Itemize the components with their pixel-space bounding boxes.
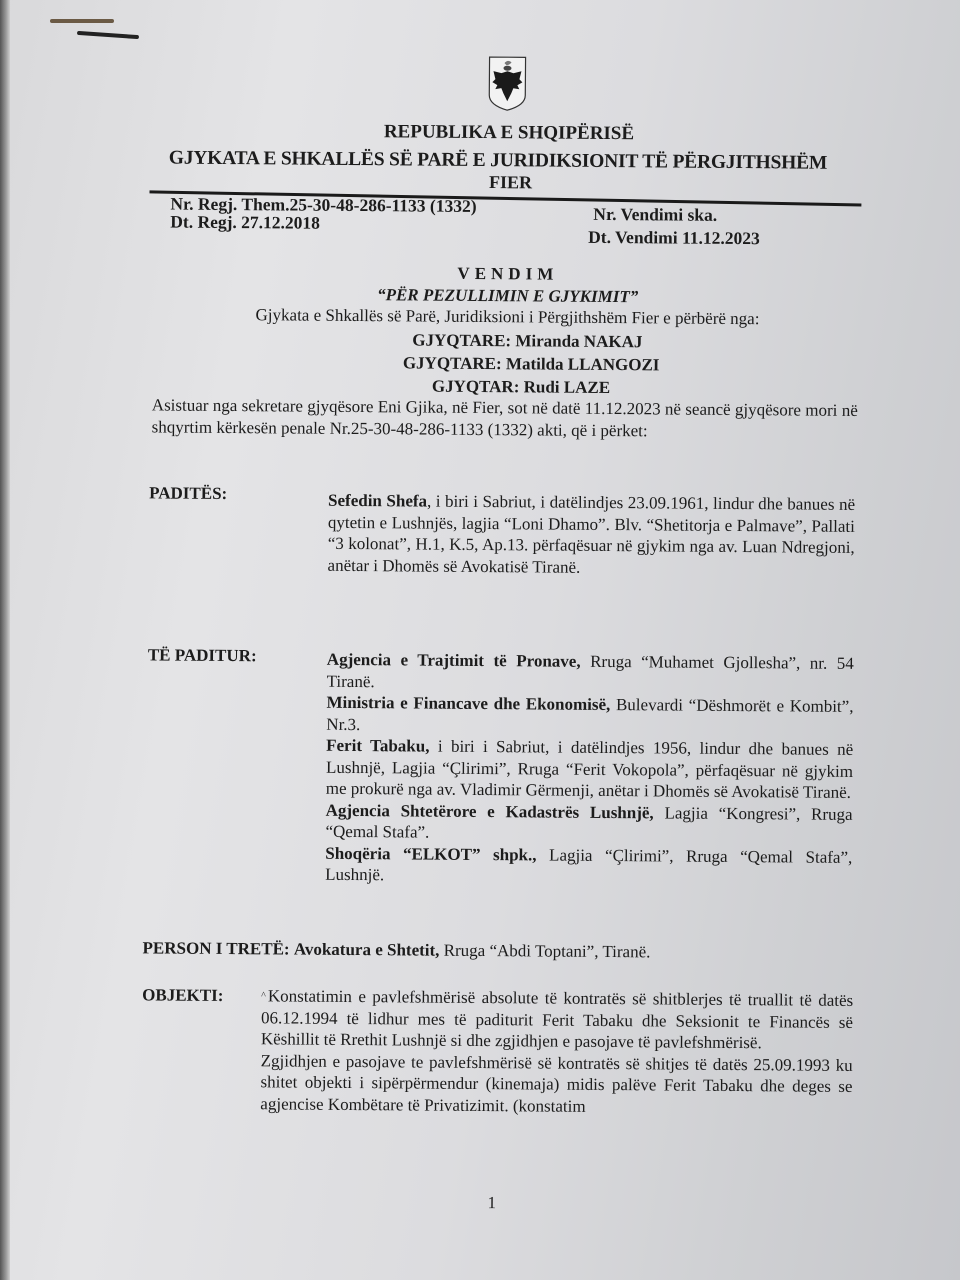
decision-number: Nr. Vendimi ska. bbox=[593, 204, 717, 226]
list-item: Agjencia e Trajtimit të Pronave, Rruga “… bbox=[327, 649, 854, 696]
third-party-label: PERSON I TRETË: bbox=[142, 938, 289, 958]
object-paragraph: ^Konstatimin e pavlefshmërisë absolute t… bbox=[261, 985, 853, 1054]
defendant-name: Agjencia e Trajtimit të Pronave, bbox=[327, 650, 581, 671]
plaintiff-name: Sefedin Shefa bbox=[328, 491, 427, 511]
albanian-eagle-emblem-icon bbox=[487, 55, 527, 111]
list-item: Agjencia Shtetërore e Kadastrës Lushnjë,… bbox=[325, 799, 852, 846]
defendant-name: Ministria e Financave dhe Ekonomisë, bbox=[326, 693, 610, 714]
defendant-name: Agjencia Shtetërore e Kadastrës Lushnjë, bbox=[326, 800, 654, 822]
caret-mark-icon: ^ bbox=[261, 990, 266, 1001]
defendants-label: TË PADITUR: bbox=[148, 645, 257, 666]
third-party-name: Avokatura e Shtetit, bbox=[294, 940, 440, 960]
list-item: Shoqëria “ELKOT” shpk., Lagjia “Çlirimi”… bbox=[325, 842, 852, 889]
decision-date: Dt. Vendimi 11.12.2023 bbox=[588, 227, 760, 249]
object-label: OBJEKTI: bbox=[142, 985, 223, 1006]
defendant-name: Shoqëria “ELKOT” shpk., bbox=[325, 843, 536, 864]
object-details: ^Konstatimin e pavlefshmërisë absolute t… bbox=[260, 985, 853, 1119]
third-party-info: Rruga “Abdi Toptani”, Tiranë. bbox=[439, 941, 650, 962]
registry-date: Dt. Regj. 27.12.2018 bbox=[170, 212, 320, 234]
list-item: Ferit Tabaku, i biri i Sabriut, i datëli… bbox=[326, 735, 853, 804]
plaintiff-details: Sefedin Shefa, i biri i Sabriut, i datël… bbox=[327, 490, 855, 580]
document-page: REPUBLIKA E SHQIPËRISË GJYKATA E SHKALLË… bbox=[0, 0, 960, 1280]
list-item: Ministria e Financave dhe Ekonomisë, Bul… bbox=[326, 692, 853, 739]
object-paragraph: Zgjidhjen e pasojave te pavlefshmërisë s… bbox=[260, 1050, 852, 1119]
intro-paragraph: Asistuar nga sekretare gjyqësore Eni Gji… bbox=[152, 394, 858, 443]
plaintiff-label: PADITËS: bbox=[149, 483, 227, 504]
page-number: 1 bbox=[487, 1193, 496, 1213]
defendant-name: Ferit Tabaku, bbox=[326, 736, 429, 756]
object-text: Konstatimin e pavlefshmërisë absolute të… bbox=[261, 986, 853, 1052]
country-heading: REPUBLIKA E SHQIPËRISË bbox=[4, 118, 960, 148]
defendants-list: Agjencia e Trajtimit të Pronave, Rruga “… bbox=[325, 649, 854, 890]
third-party: PERSON I TRETË: Avokatura e Shtetit, Rru… bbox=[142, 938, 650, 962]
